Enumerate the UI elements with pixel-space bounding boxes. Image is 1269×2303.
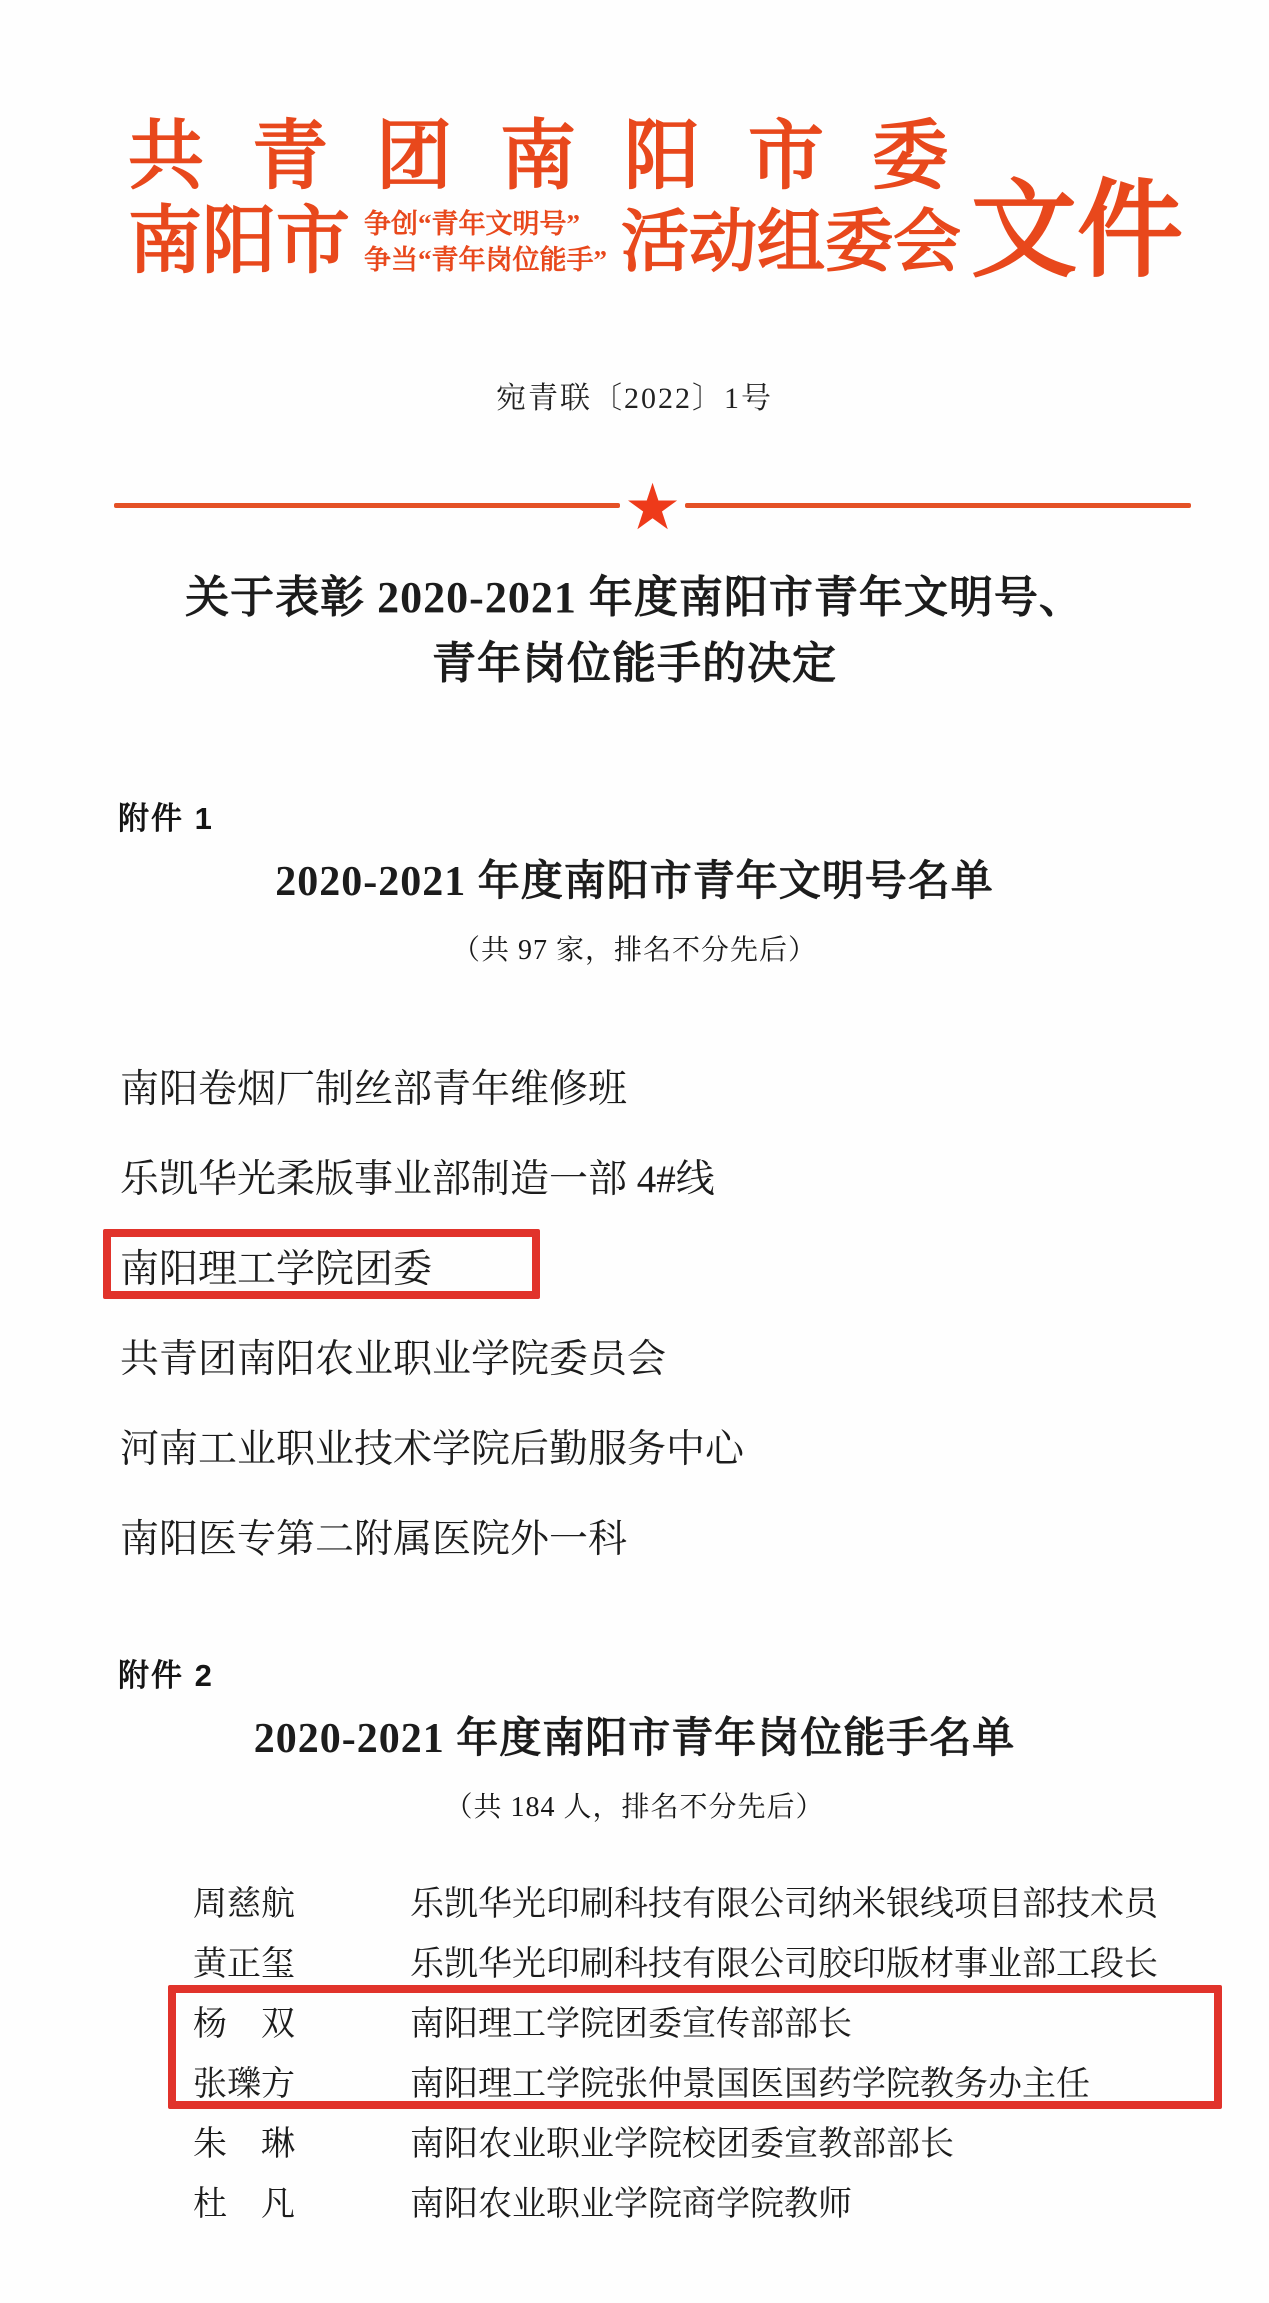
attachment1-title: 2020-2021 年度南阳市青年文明号名单 bbox=[0, 848, 1269, 908]
document-header: 共青团南阳市委 南阳市 争创“青年文明号” 争当“青年岗位能手” 活动组委会 文… bbox=[0, 0, 1269, 281]
honoree-row: 杜 凡 南阳农业职业学院商学院教师 bbox=[193, 2181, 1225, 2229]
doc-title-line2: 青年岗位能手的决定 bbox=[0, 631, 1269, 697]
city-name: 南阳市 bbox=[128, 204, 350, 282]
list-item: 河南工业职业技术学院后勤服务中心 bbox=[120, 1424, 1209, 1476]
org-cell: 南阳理工学院张仲景国医国药学院教务办主任 bbox=[410, 2061, 1225, 2109]
highlighted-rows-group: 杨 双 南阳理工学院团委宣传部部长 张瓅方 南阳理工学院张仲景国医国药学院教务办… bbox=[193, 2001, 1225, 2109]
group-honoree-list: 南阳卷烟厂制丝部青年维修班 乐凯华光柔版事业部制造一部 4#线 南阳理工学院团委… bbox=[120, 1064, 1209, 1566]
honoree-row: 朱 琳 南阳农业职业学院校团委宣教部部长 bbox=[193, 2121, 1225, 2169]
doc-title: 关于表彰 2020-2021 年度南阳市青年文明号、 青年岗位能手的决定 bbox=[0, 565, 1269, 697]
list-item-text: 南阳理工学院团委 bbox=[120, 1248, 432, 1291]
org-cell: 南阳农业职业学院商学院教师 bbox=[410, 2181, 1225, 2229]
header-left: 共青团南阳市委 南阳市 争创“青年文明号” 争当“青年岗位能手” 活动组委会 bbox=[128, 118, 961, 281]
divider-line-left bbox=[114, 503, 620, 508]
list-item: 南阳医专第二附属医院外一科 bbox=[120, 1514, 1209, 1566]
slogan-stack: 争创“青年文明号” 争当“青年岗位能手” bbox=[364, 209, 607, 276]
attachment1-subtitle: （共 97 家，排名不分先后） bbox=[0, 928, 1269, 968]
org-cell: 乐凯华光印刷科技有限公司胶印版材事业部工段长 bbox=[410, 1941, 1225, 1989]
slogan-top: 争创“青年文明号” bbox=[364, 209, 607, 240]
doc-type-label: 文件 bbox=[971, 179, 1183, 285]
committee-name: 活动组委会 bbox=[621, 207, 961, 278]
attachment2-title: 2020-2021 年度南阳市青年岗位能手名单 bbox=[0, 1705, 1269, 1765]
name-cell: 杨 双 bbox=[193, 2001, 410, 2049]
name-cell: 朱 琳 bbox=[193, 2121, 410, 2169]
attachment2-label: 附件 2 bbox=[118, 1650, 1269, 1695]
honoree-row-highlighted: 杨 双 南阳理工学院团委宣传部部长 bbox=[193, 2001, 1225, 2049]
honoree-row-highlighted: 张瓅方 南阳理工学院张仲景国医国药学院教务办主任 bbox=[193, 2061, 1225, 2109]
honoree-row: 黄正玺 乐凯华光印刷科技有限公司胶印版材事业部工段长 bbox=[193, 1941, 1225, 1989]
slogan-bottom: 争当“青年岗位能手” bbox=[364, 245, 607, 276]
document-page: 共青团南阳市委 南阳市 争创“青年文明号” 争当“青年岗位能手” 活动组委会 文… bbox=[0, 0, 1269, 2303]
doc-title-line1: 关于表彰 2020-2021 年度南阳市青年文明号、 bbox=[0, 565, 1269, 631]
doc-number: 宛青联〔2022〕1号 bbox=[0, 373, 1269, 417]
org-cell: 南阳农业职业学院校团委宣教部部长 bbox=[410, 2121, 1225, 2169]
attachment1-section: 附件 1 2020-2021 年度南阳市青年文明号名单 （共 97 家，排名不分… bbox=[0, 793, 1269, 1566]
attachment1-label: 附件 1 bbox=[118, 793, 1269, 838]
honoree-row: 周慈航 乐凯华光印刷科技有限公司纳米银线项目部技术员 bbox=[193, 1881, 1225, 1929]
name-cell: 张瓅方 bbox=[193, 2061, 410, 2109]
name-cell: 黄正玺 bbox=[193, 1941, 410, 1989]
list-item: 南阳卷烟厂制丝部青年维修班 bbox=[120, 1064, 1209, 1116]
attachment2-section: 附件 2 2020-2021 年度南阳市青年岗位能手名单 （共 184 人，排名… bbox=[0, 1650, 1269, 2229]
divider-line-right bbox=[685, 503, 1191, 508]
list-item-highlighted: 南阳理工学院团委 bbox=[120, 1244, 1209, 1296]
attachment2-subtitle: （共 184 人，排名不分先后） bbox=[0, 1785, 1269, 1825]
star-icon: ★ bbox=[624, 476, 681, 540]
person-honoree-list: 周慈航 乐凯华光印刷科技有限公司纳米银线项目部技术员 黄正玺 乐凯华光印刷科技有… bbox=[193, 1881, 1225, 2229]
name-cell: 杜 凡 bbox=[193, 2181, 410, 2229]
list-item: 共青团南阳农业职业学院委员会 bbox=[120, 1334, 1209, 1386]
org-cell: 南阳理工学院团委宣传部部长 bbox=[410, 2001, 1225, 2049]
list-item: 乐凯华光柔版事业部制造一部 4#线 bbox=[120, 1154, 1209, 1206]
header-divider: ★ bbox=[114, 473, 1191, 537]
name-cell: 周慈航 bbox=[193, 1881, 410, 1929]
org-cell: 乐凯华光印刷科技有限公司纳米银线项目部技术员 bbox=[410, 1881, 1225, 1929]
issuer-line2: 南阳市 争创“青年文明号” 争当“青年岗位能手” 活动组委会 bbox=[128, 204, 961, 282]
issuer-name: 共青团南阳市委 bbox=[128, 118, 1009, 198]
